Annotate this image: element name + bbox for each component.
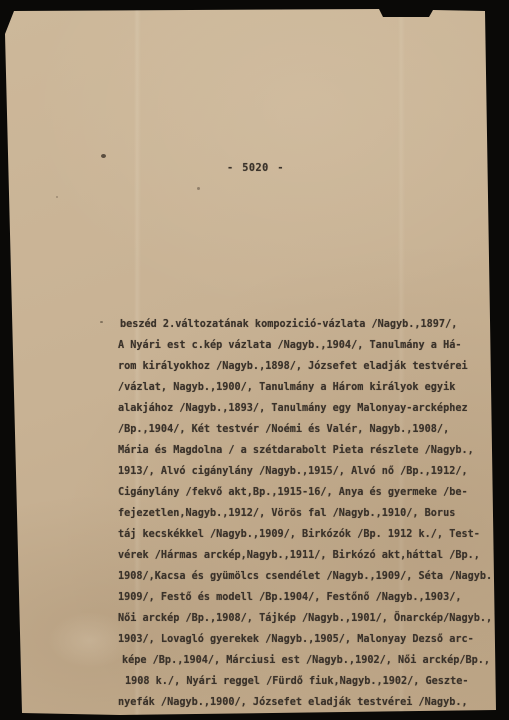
text-line: táj kecskékkel /Nagyb.,1909/, Birkózók /… [118, 524, 492, 545]
text-line: Női arckép /Bp.,1908/, Tájkép /Nagyb.,19… [118, 608, 492, 629]
text-line: nyefák /Nagyb.,1900/, Józsefet eladják t… [118, 692, 492, 713]
text-line: beszéd 2.változatának kompozició-vázlata… [120, 314, 492, 335]
text-line: 1913/, Alvó cigánylány /Nagyb.,1915/, Al… [118, 461, 492, 482]
text-line: fejezetlen,Nagyb.,1912/, Vörös fal /Nagy… [118, 503, 492, 524]
page-number: - 5020 - [227, 163, 284, 174]
text-line: alakjához /Nagyb.,1893/, Tanulmány egy M… [118, 398, 492, 419]
text-line: 1908/,Kacsa és gyümölcs csendélet /Nagyb… [118, 566, 492, 587]
ink-speck [197, 187, 200, 190]
scanned-document-page: - 5020 - beszéd 2.változatának kompozici… [0, 0, 509, 720]
text-line: 1903/, Lovagló gyerekek /Nagyb.,1905/, M… [118, 629, 492, 650]
text-line: 1908 k./, Nyári reggel /Fürdő fiuk,Nagyb… [125, 671, 492, 692]
typewritten-text-block: beszéd 2.változatának kompozició-vázlata… [118, 314, 492, 713]
text-line: /Bp.,1904/, Két testvér /Noémi és Valér,… [118, 419, 492, 440]
text-line: képe /Bp.,1904/, Márciusi est /Nagyb.,19… [122, 650, 492, 671]
ink-speck [101, 154, 106, 158]
text-line: /vázlat, Nagyb.,1900/, Tanulmány a Három… [118, 377, 492, 398]
ink-speck [56, 196, 58, 198]
text-line: vérek /Hármas arckép,Nagyb.,1911/, Birkó… [118, 545, 492, 566]
text-line: rom királyokhoz /Nagyb.,1898/, Józsefet … [118, 356, 492, 377]
text-line: 1909/, Festő és modell /Bp.1904/, Festőn… [118, 587, 492, 608]
ink-speck [100, 321, 103, 323]
text-line: A Nyári est c.kép vázlata /Nagyb.,1904/,… [118, 335, 492, 356]
paper-sheet: - 5020 - beszéd 2.változatának kompozici… [0, 0, 509, 720]
text-line: Mária és Magdolna / a szétdarabolt Pieta… [118, 440, 492, 461]
text-line: Cigánylány /fekvő akt,Bp.,1915-16/, Anya… [118, 482, 492, 503]
